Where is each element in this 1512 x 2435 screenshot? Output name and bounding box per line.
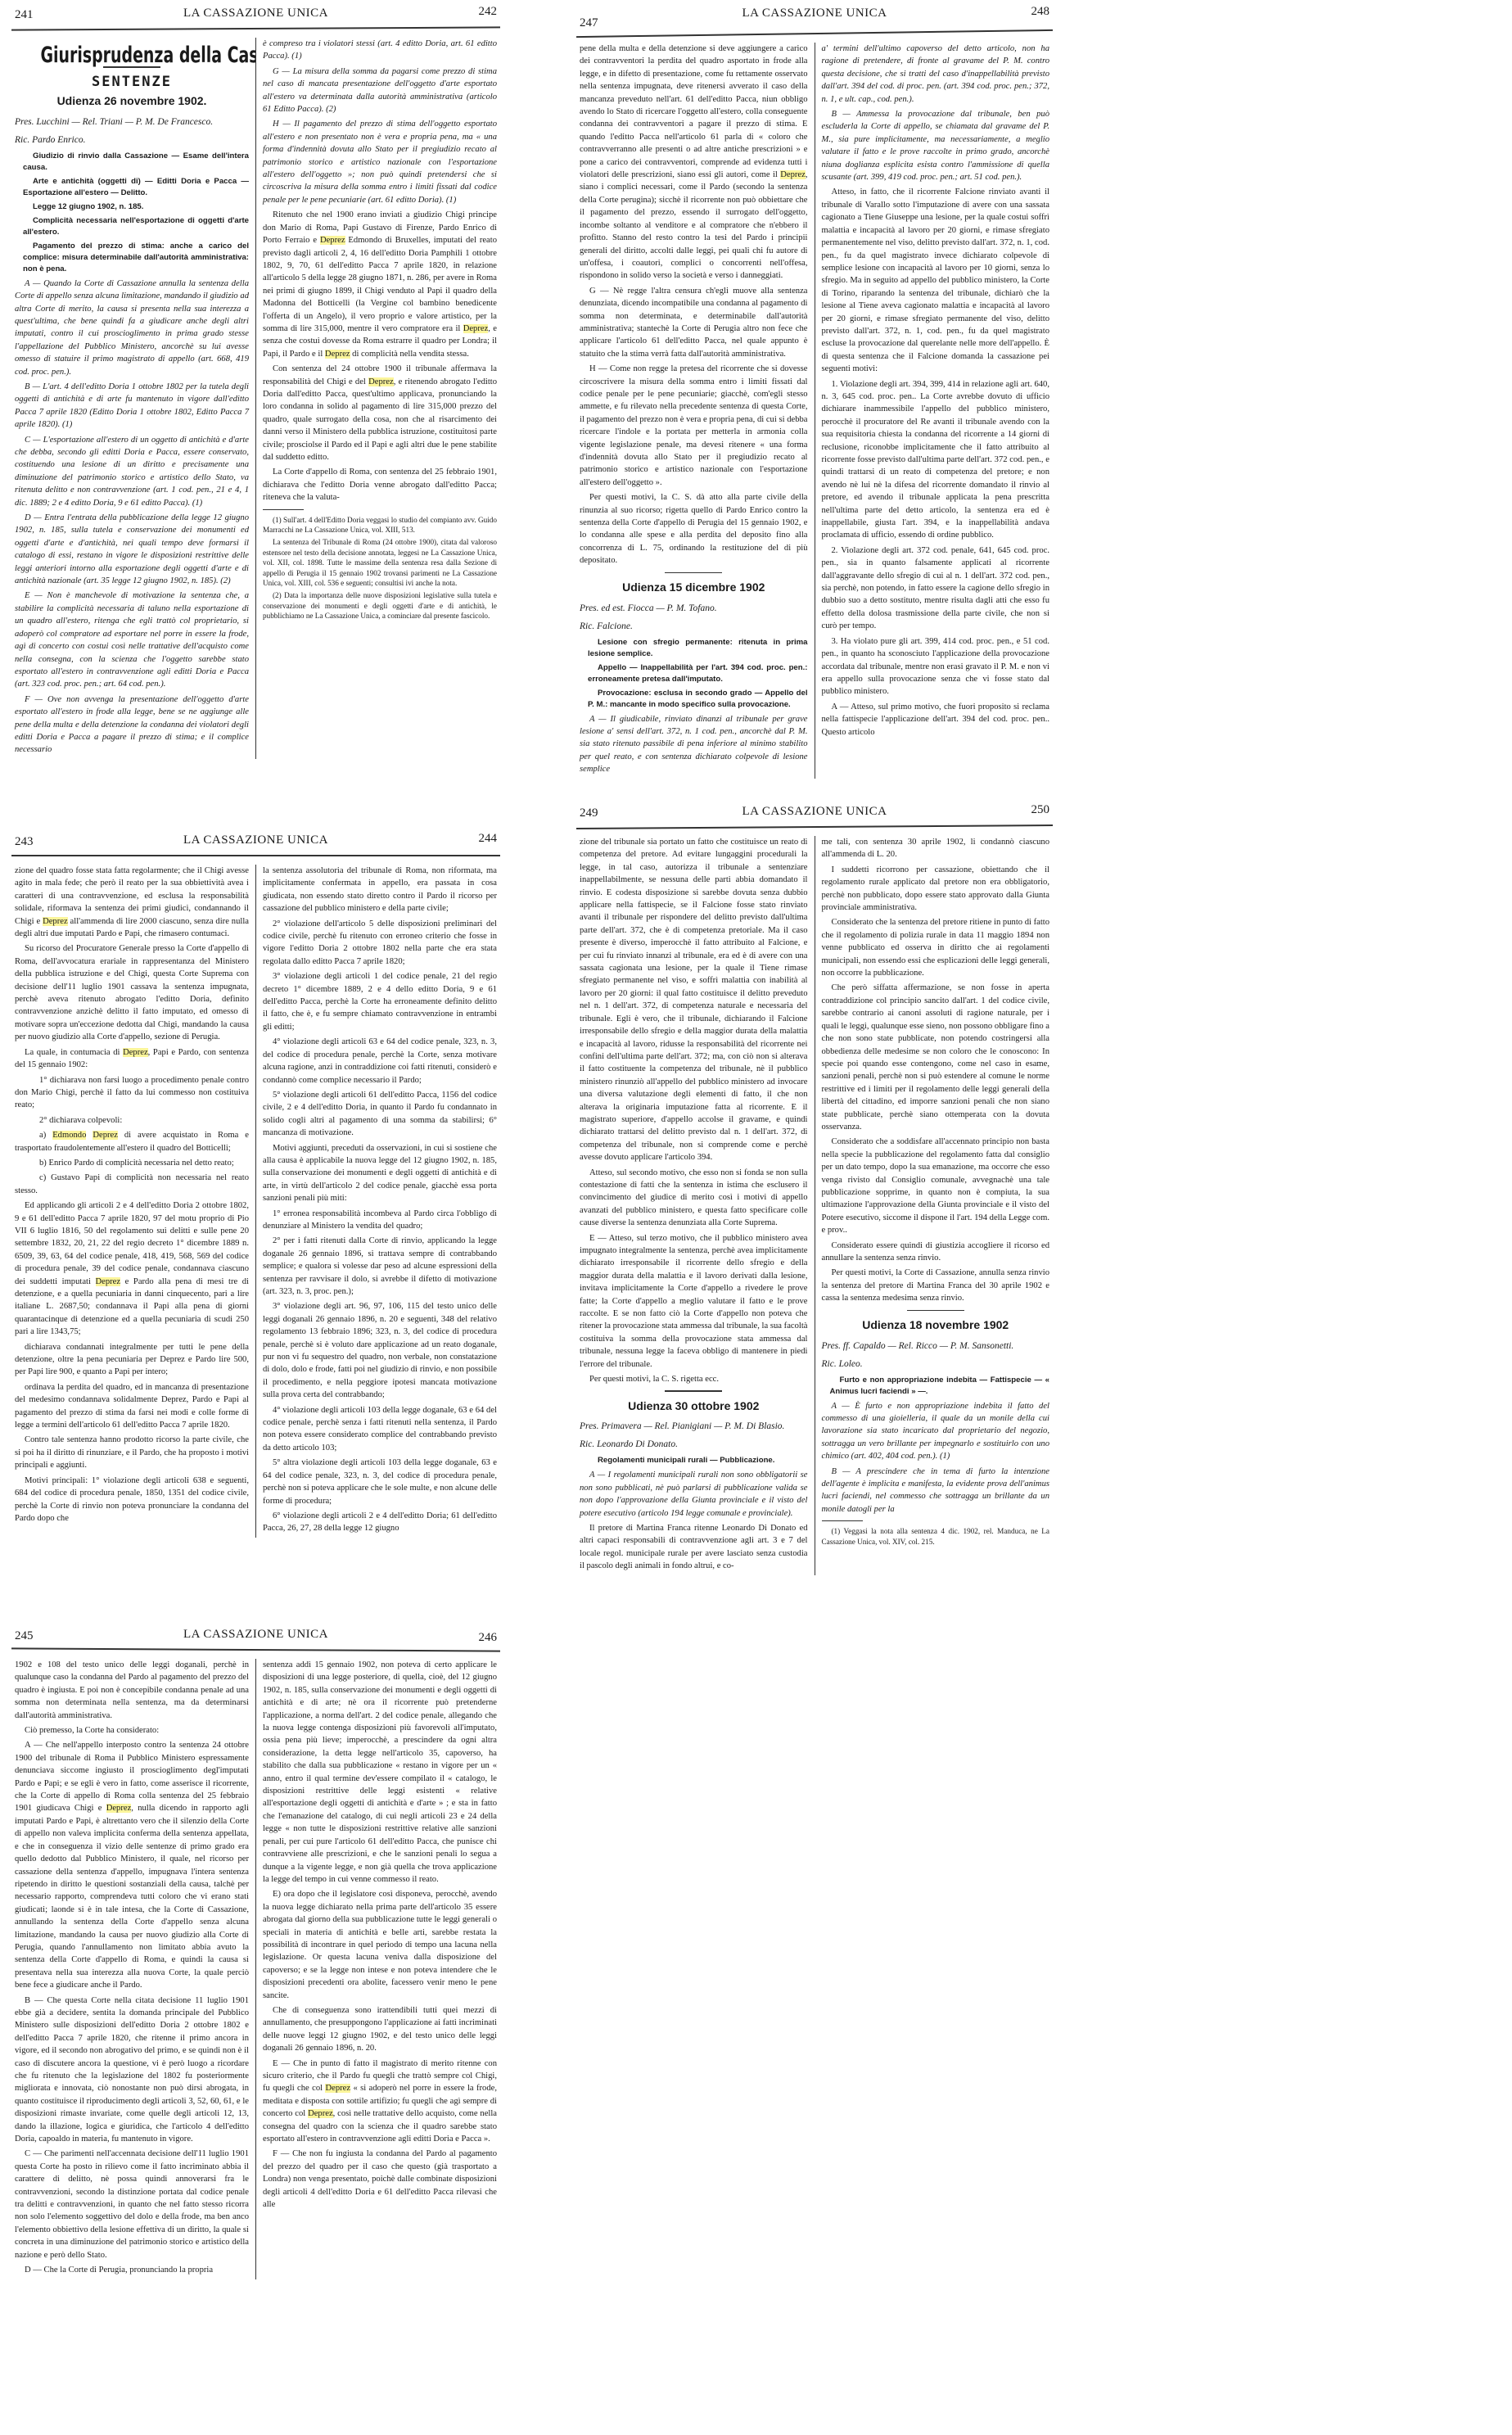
paragraph: B — L'art. 4 dell'editto Doria 1 ottobre…: [15, 381, 249, 431]
paragraph: C — Che parimenti nell'accennata decisio…: [15, 2148, 249, 2261]
search-highlight: Deprez: [368, 377, 394, 386]
page-header: 249 LA CASSAZIONE UNICA 250: [573, 798, 1056, 826]
subsection-title: SENTENZE: [15, 76, 249, 88]
paragraph: E — Non è manchevole di motivazione la s…: [15, 590, 249, 690]
paragraph: A — Che nell'appello interposto contro l…: [15, 1739, 249, 1991]
footnote: La sentenza del Tribunale di Roma (24 ot…: [263, 537, 497, 588]
headnote: Pagamento del prezzo di stima: anche a c…: [15, 241, 249, 275]
paragraph: Considerato che a soddisfare all'accenna…: [822, 1136, 1050, 1236]
headnote: Appello — Inappellabilità per l'art. 394…: [580, 662, 808, 685]
paragraph: 5° violazione degli articoli 61 dell'edi…: [263, 1089, 497, 1140]
paragraph: dichiarava condannati integralmente per …: [15, 1341, 249, 1379]
paragraph: A — Atteso, sul primo motivo, che fuori …: [822, 701, 1050, 739]
journal-title: LA CASSAZIONE UNICA: [573, 7, 1056, 20]
search-highlight: Deprez: [308, 2109, 333, 2118]
paragraph: a) Edmondo Deprez di avere acquistato in…: [15, 1129, 249, 1154]
appellant: Ric. Loleo.: [822, 1357, 1050, 1372]
divider: [665, 1390, 722, 1392]
paragraph: Per questi motivi, la Corte di Cassazion…: [822, 1267, 1050, 1304]
search-highlight: Deprez: [780, 170, 806, 179]
paragraph: A — I regolamenti municipali rurali non …: [580, 1469, 808, 1520]
page-spread-243-244: 243 LA CASSAZIONE UNICA 244 zione del qu…: [8, 827, 503, 1605]
paragraph: 1902 e 108 del testo unico delle leggi d…: [15, 1659, 249, 1722]
paragraph: F — Che non fu ingiusta la condanna del …: [263, 2148, 497, 2211]
paragraph: I suddetti ricorrono per cassazione, obi…: [822, 864, 1050, 915]
paragraph: c) Gustavo Papi di complicità non necess…: [15, 1172, 249, 1197]
headnote: Giudizio di rinvio dalla Cassazione — Es…: [15, 151, 249, 174]
paragraph: 3° violazione degli articoli 1 del codic…: [263, 970, 497, 1033]
paragraph: Considerato essere quindi di giustizia a…: [822, 1240, 1050, 1265]
footnote-rule: [822, 1520, 863, 1521]
paragraph: ordinava la perdita del quadro, ed in ma…: [15, 1381, 249, 1432]
footnote: (2) Data la importanza delle nuove dispo…: [263, 590, 497, 621]
court-composition: Pres. ed est. Fiocca — P. M. Tofano.: [580, 601, 808, 617]
paragraph: sentenza addì 15 gennaio 1902, non potev…: [263, 1659, 497, 1886]
headnote: Complicità necessaria nell'esportazione …: [15, 215, 249, 238]
paragraph: A — È furto e non appropriazione indebit…: [822, 1400, 1050, 1463]
paragraph: 3° violazione degli art. 96, 97, 106, 11…: [263, 1300, 497, 1401]
paragraph: Con sentenza del 24 ottobre 1900 il trib…: [263, 363, 497, 463]
page-header: 245 LA CASSAZIONE UNICA 246: [8, 1621, 503, 1649]
page-header: 243 LA CASSAZIONE UNICA 244: [8, 827, 503, 855]
left-column: zione del quadro fosse stata fatta regol…: [8, 865, 256, 1538]
paragraph: pene della multa e della detenzione si d…: [580, 43, 808, 282]
hearing-date: Udienza 30 ottobre 1902: [580, 1400, 808, 1412]
page-header: 241 LA CASSAZIONE UNICA 242: [8, 0, 503, 28]
paragraph: b) Enrico Pardo di complicità necessaria…: [15, 1157, 249, 1169]
paragraph: Considerato che la sentenza del pretore …: [822, 916, 1050, 979]
page-spread-249-250: 249 LA CASSAZIONE UNICA 250 zione del tr…: [573, 798, 1056, 1605]
court-composition: Pres. Lucchini — Rel. Triani — P. M. De …: [15, 115, 249, 130]
search-highlight: Deprez: [93, 1131, 118, 1140]
paragraph: è compreso tra i violatori stessi (art. …: [263, 38, 497, 63]
paragraph: 2° violazione dell'articolo 5 delle disp…: [263, 918, 497, 969]
paragraph: Su ricorso del Procuratore Generale pres…: [15, 942, 249, 1043]
paragraph: 2° dichiarava colpevoli:: [15, 1114, 249, 1127]
paragraph: 3. Ha violato pure gli art. 399, 414 cod…: [822, 635, 1050, 698]
divider: [665, 572, 722, 574]
footnote: (1) Veggasi la nota alla sentenza 4 dic.…: [822, 1526, 1050, 1547]
paragraph: La Corte d'appello di Roma, con sentenza…: [263, 466, 497, 504]
paragraph: Ciò premesso, la Corte ha considerato:: [15, 1724, 249, 1737]
right-column: è compreso tra i violatori stessi (art. …: [256, 38, 503, 759]
page-spread-247-248: 247 LA CASSAZIONE UNICA 248 pene della m…: [573, 0, 1056, 786]
divider: [907, 1310, 964, 1312]
search-highlight: Deprez: [123, 1048, 148, 1057]
appellant: Ric. Pardo Enrico.: [15, 133, 249, 148]
paragraph: me tali, con sentenza 30 aprile 1902, li…: [822, 836, 1050, 861]
appellant: Ric. Leonardo Di Donato.: [580, 1437, 808, 1452]
paragraph: a' termini dell'ultimo capoverso del det…: [822, 43, 1050, 106]
page-spread-245-246: 245 LA CASSAZIONE UNICA 246 1902 e 108 d…: [8, 1621, 503, 2407]
hearing-date: Udienza 18 novembre 1902: [822, 1319, 1050, 1331]
paragraph: G — Nè regge l'altra censura ch'egli muo…: [580, 285, 808, 360]
paragraph: A — Quando la Corte di Cassazione annull…: [15, 278, 249, 378]
page-number-right: 244: [479, 832, 498, 846]
paragraph: E — Atteso, sul terzo motivo, che il pub…: [580, 1232, 808, 1371]
left-column: Giurisprudenza della Cassazione SENTENZE…: [8, 38, 256, 759]
paragraph: Il pretore di Martina Franca ritenne Leo…: [580, 1522, 808, 1573]
page-number-right: 246: [479, 1631, 498, 1645]
paragraph: 4° violazione degli articoli 103 della l…: [263, 1404, 497, 1455]
search-highlight: Edmondo: [52, 1131, 86, 1140]
paragraph: 2° per i fatti ritenuti dalla Corte di r…: [263, 1235, 497, 1298]
paragraph: Che però siffatta affermazione, se non f…: [822, 982, 1050, 1133]
search-highlight: Deprez: [325, 2084, 350, 2093]
paragraph: D — Entra l'entrata della pubblicazione …: [15, 512, 249, 587]
headnote: Provocazione: esclusa in secondo grado —…: [580, 688, 808, 711]
court-composition: Pres. Primavera — Rel. Pianigiani — P. M…: [580, 1419, 808, 1434]
journal-title: LA CASSAZIONE UNICA: [8, 7, 503, 20]
paragraph: D — Che la Corte di Perugia, pronunciand…: [15, 2264, 249, 2276]
journal-title: LA CASSAZIONE UNICA: [8, 834, 503, 847]
paragraph: zione del tribunale sia portato un fatto…: [580, 836, 808, 1164]
paragraph: 5° altra violazione degli articoli 103 d…: [263, 1457, 497, 1507]
paragraph: F — Ove non avvenga la presentazione del…: [15, 693, 249, 757]
search-highlight: Deprez: [320, 236, 345, 245]
left-column: zione del tribunale sia portato un fatto…: [573, 836, 815, 1575]
right-column: me tali, con sentenza 30 aprile 1902, li…: [815, 836, 1057, 1575]
paragraph: C — L'esportazione all'estero di un ogge…: [15, 434, 249, 509]
paragraph: Per questi motivi, la C. S. dà atto alla…: [580, 491, 808, 567]
paragraph: 1. Violazione degli art. 394, 399, 414 i…: [822, 378, 1050, 542]
section-title: Giurisprudenza della Cassazione: [40, 49, 223, 61]
right-column: sentenza addì 15 gennaio 1902, non potev…: [256, 1659, 503, 2279]
paragraph: Atteso, sul secondo motivo, che esso non…: [580, 1167, 808, 1230]
paragraph: 1° erronea responsabilità incombeva al P…: [263, 1208, 497, 1233]
page-number-right: 248: [1031, 5, 1050, 19]
headnote: Arte e antichità (oggetti di) — Editti D…: [15, 176, 249, 199]
paragraph: 4° violazione degli articoli 63 e 64 del…: [263, 1036, 497, 1086]
paragraph: Contro tale sentenza hanno prodotto rico…: [15, 1434, 249, 1471]
hearing-date: Udienza 26 novembre 1902.: [15, 95, 249, 107]
left-column: pene della multa e della detenzione si d…: [573, 43, 815, 779]
paragraph: Atteso, in fatto, che il ricorrente Falc…: [822, 186, 1050, 375]
page-number-right: 250: [1031, 803, 1050, 817]
hearing-date: Udienza 15 dicembre 1902: [580, 581, 808, 594]
paragraph: B — Che questa Corte nella citata decisi…: [15, 1995, 249, 2146]
footnote: (1) Sull'art. 4 dell'Editto Doria veggas…: [263, 515, 497, 535]
paragraph: Motivi aggiunti, preceduti da osservazio…: [263, 1142, 497, 1205]
paragraph: A — Il giudicabile, rinviato dinanzi al …: [580, 713, 808, 776]
paragraph: H — Come non regge la pretesa del ricorr…: [580, 363, 808, 489]
appellant: Ric. Falcione.: [580, 619, 808, 635]
paragraph: Ritenuto che nel 1900 erano inviati a gi…: [263, 209, 497, 360]
paragraph: 1° dichiarava non farsi luogo a procedim…: [15, 1074, 249, 1112]
search-highlight: Deprez: [43, 917, 68, 926]
paragraph: Per questi motivi, la C. S. rigetta ecc.: [580, 1373, 808, 1385]
paragraph: la sentenza assolutoria del tribunale di…: [263, 865, 497, 915]
paragraph: 6° violazione degli articoli 2 e 4 dell'…: [263, 1510, 497, 1535]
paragraph: B — A prescindere che in tema di furto l…: [822, 1466, 1050, 1516]
page-number-right: 242: [479, 5, 498, 19]
headnote: Furto e non appropriazione indebita — Fa…: [822, 1375, 1050, 1398]
paragraph: 2. Violazione degli art. 372 cod. penale…: [822, 544, 1050, 633]
search-highlight: Deprez: [106, 1804, 132, 1813]
paragraph: Ed applicando gli articoli 2 e 4 dell'ed…: [15, 1199, 249, 1338]
page-header: 247 LA CASSAZIONE UNICA 248: [573, 0, 1056, 28]
page-spread-241-242: 241 LA CASSAZIONE UNICA 242 Giurispruden…: [8, 0, 503, 786]
paragraph: G — La misura della somma da pagarsi com…: [263, 66, 497, 116]
search-highlight: Deprez: [463, 324, 489, 333]
journal-title: LA CASSAZIONE UNICA: [8, 1628, 503, 1642]
footnote-rule: [263, 509, 304, 510]
paragraph: Che di conseguenza sono irattendibili tu…: [263, 2004, 497, 2055]
paragraph: E — Che in punto di fatto il magistrato …: [263, 2058, 497, 2146]
paragraph: zione del quadro fosse stata fatta regol…: [15, 865, 249, 940]
left-column: 1902 e 108 del testo unico delle leggi d…: [8, 1659, 256, 2279]
journal-title: LA CASSAZIONE UNICA: [573, 805, 1056, 819]
headnote: Legge 12 giugno 1902, n. 185.: [15, 201, 249, 213]
search-highlight: Deprez: [325, 350, 350, 359]
right-column: a' termini dell'ultimo capoverso del det…: [815, 43, 1057, 779]
headnote: Lesione con sfregio permanente: ritenuta…: [580, 637, 808, 660]
court-composition: Pres. ff. Capaldo — Rel. Ricco — P. M. S…: [822, 1339, 1050, 1354]
search-highlight: Deprez: [96, 1277, 121, 1286]
paragraph: E) ora dopo che il legislatore così disp…: [263, 1888, 497, 2002]
paragraph: B — Ammessa la provocazione dal tribunal…: [822, 108, 1050, 183]
headnote: Regolamenti municipali rurali — Pubblica…: [580, 1455, 808, 1466]
right-column: la sentenza assolutoria del tribunale di…: [256, 865, 503, 1538]
paragraph: Motivi principali: 1° violazione degli a…: [15, 1475, 249, 1525]
paragraph: La quale, in contumacia di Deprez, Papi …: [15, 1046, 249, 1072]
paragraph: H — Il pagamento del prezzo di stima del…: [263, 118, 497, 206]
